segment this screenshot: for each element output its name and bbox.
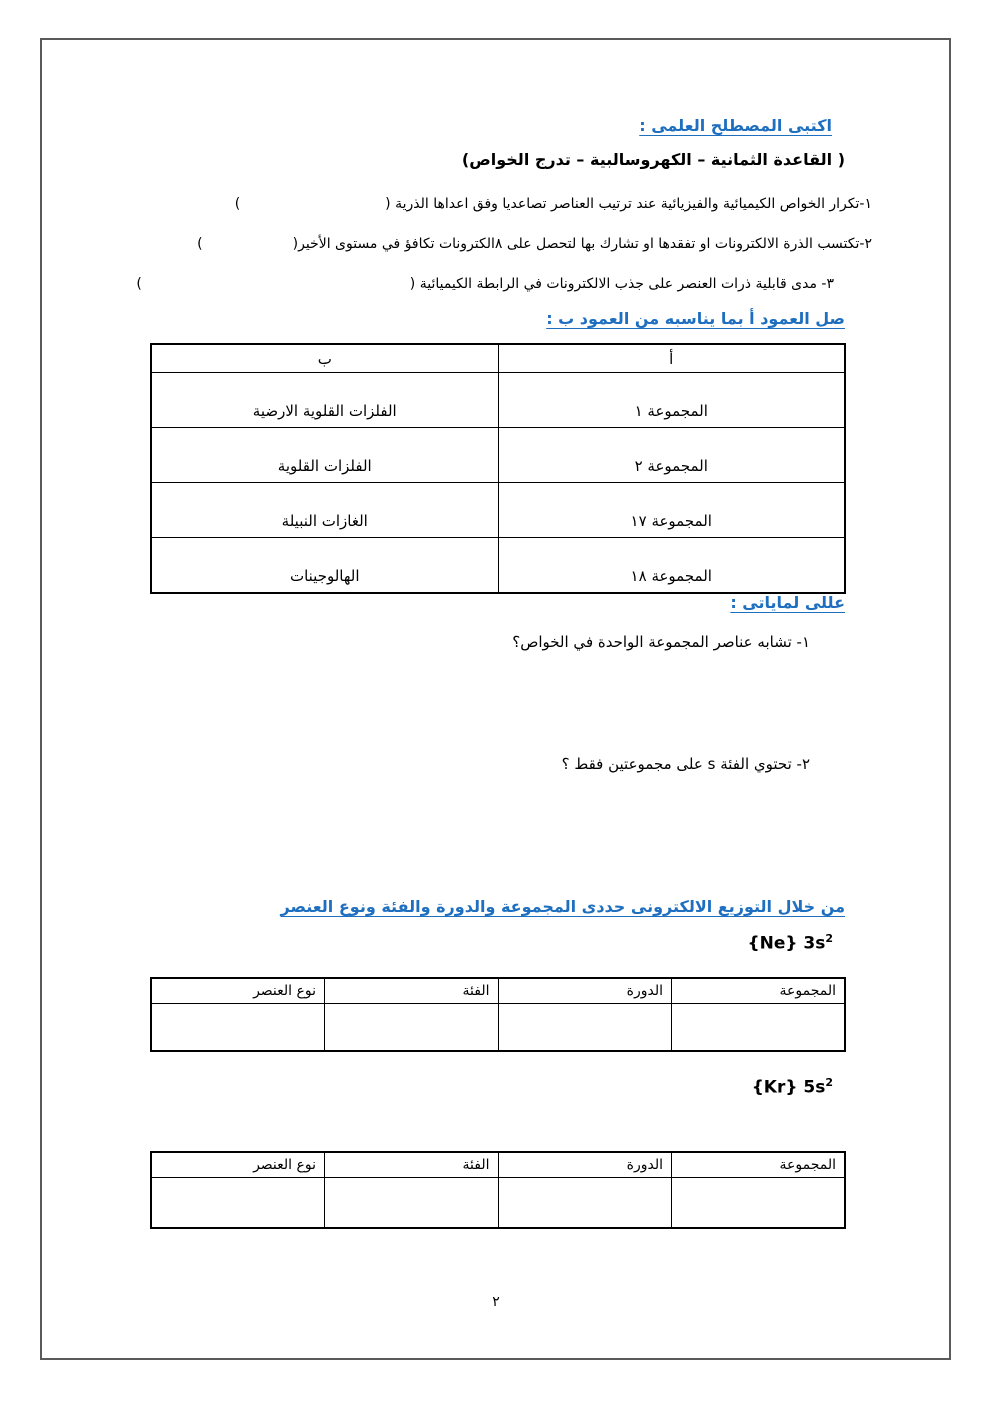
distribution-answer-row — [151, 1004, 845, 1052]
term-item-2: ٢-تكتسب الذرة الالكترونات او تفقدها او ت… — [197, 236, 872, 252]
col-group-header: المجموعة — [672, 1152, 846, 1178]
match-cell-b: الفلزات القلوية — [151, 428, 498, 483]
match-row: المجموعة ١٨ الهالوجينات — [151, 538, 845, 594]
term-item-3: ٣- مدى قابلية ذرات العنصر على جذب الالكت… — [136, 276, 834, 292]
match-row: المجموعة ٢ الفلزات القلوية — [151, 428, 845, 483]
answer-cell-group — [672, 1178, 846, 1229]
term-item-2-close-paren: ) — [197, 236, 202, 252]
word-bank: ( القاعدة الثمانية – الكهروسالبية – تدرج… — [462, 150, 845, 169]
answer-cell-period — [498, 1178, 672, 1229]
match-row: المجموعة ١٧ الغازات النبيلة — [151, 483, 845, 538]
distribution-header-row: المجموعة الدورة الفئة نوع العنصر — [151, 1152, 845, 1178]
electron-config-kr-exponent: 2 — [825, 1076, 833, 1089]
electron-config-ne-exponent: 2 — [825, 932, 833, 945]
col-type-header: نوع العنصر — [151, 978, 325, 1004]
explain-question-2: ٢- تحتوي الفئة s على مجموعتين فقط ؟ — [562, 755, 810, 773]
match-section-heading: صل العمود أ بما يناسبه من العمود ب : — [546, 309, 845, 328]
col-type-header: نوع العنصر — [151, 1152, 325, 1178]
term-item-1-close-paren: ) — [235, 196, 240, 212]
match-cell-b: الفلزات القلوية الارضية — [151, 373, 498, 428]
distribution-answer-row — [151, 1178, 845, 1229]
kr-table-wrap: المجموعة الدورة الفئة نوع العنصر — [150, 1151, 846, 1229]
explain-question-1: ١- تشابه عناصر المجموعة الواحدة في الخوا… — [512, 633, 810, 651]
match-col-a-header: أ — [498, 344, 845, 373]
match-table: أ ب المجموعة ١ الفلزات القلوية الارضية ا… — [150, 343, 846, 594]
match-cell-a: المجموعة ١ — [498, 373, 845, 428]
col-period-header: الدورة — [498, 978, 672, 1004]
electron-config-kr: {Kr} 5s2 — [752, 1076, 833, 1098]
electron-config-ne-base: {Ne} 3s — [748, 934, 826, 954]
ne-table-wrap: المجموعة الدورة الفئة نوع العنصر — [150, 977, 846, 1052]
answer-cell-block — [325, 1178, 499, 1229]
term-item-1-text: ١-تكرار الخواص الكيميائية والفيزيائية عن… — [385, 196, 872, 212]
terms-section-heading: اكتبى المصطلح العلمى : — [639, 116, 832, 135]
answer-cell-block — [325, 1004, 499, 1052]
ne-distribution-table: المجموعة الدورة الفئة نوع العنصر — [150, 977, 846, 1052]
match-row: المجموعة ١ الفلزات القلوية الارضية — [151, 373, 845, 428]
answer-cell-group — [672, 1004, 846, 1052]
match-table-wrap: أ ب المجموعة ١ الفلزات القلوية الارضية ا… — [150, 343, 846, 594]
match-cell-a: المجموعة ٢ — [498, 428, 845, 483]
term-item-3-text: ٣- مدى قابلية ذرات العنصر على جذب الالكت… — [410, 276, 834, 292]
electron-config-ne: {Ne} 3s2 — [748, 932, 833, 954]
term-item-1: ١-تكرار الخواص الكيميائية والفيزيائية عن… — [235, 196, 872, 212]
match-cell-b: الهالوجينات — [151, 538, 498, 594]
explain-section-heading: عللى لماياتى : — [730, 593, 845, 612]
term-item-3-close-paren: ) — [136, 276, 141, 292]
page-number: ٢ — [0, 1294, 992, 1310]
distribution-section-heading: من خلال التوزيع الالكترونى حددى المجموعة… — [281, 897, 845, 916]
answer-cell-type — [151, 1004, 325, 1052]
match-col-b-header: ب — [151, 344, 498, 373]
kr-distribution-table: المجموعة الدورة الفئة نوع العنصر — [150, 1151, 846, 1229]
answer-cell-period — [498, 1004, 672, 1052]
answer-cell-type — [151, 1178, 325, 1229]
match-cell-b: الغازات النبيلة — [151, 483, 498, 538]
match-cell-a: المجموعة ١٧ — [498, 483, 845, 538]
col-block-header: الفئة — [325, 1152, 499, 1178]
col-period-header: الدورة — [498, 1152, 672, 1178]
match-table-header-row: أ ب — [151, 344, 845, 373]
match-cell-a: المجموعة ١٨ — [498, 538, 845, 594]
worksheet-page: اكتبى المصطلح العلمى : ( القاعدة الثماني… — [0, 0, 992, 1403]
electron-config-kr-base: {Kr} 5s — [752, 1078, 826, 1098]
col-group-header: المجموعة — [672, 978, 846, 1004]
term-item-2-text: ٢-تكتسب الذرة الالكترونات او تفقدها او ت… — [293, 236, 872, 252]
col-block-header: الفئة — [325, 978, 499, 1004]
distribution-header-row: المجموعة الدورة الفئة نوع العنصر — [151, 978, 845, 1004]
